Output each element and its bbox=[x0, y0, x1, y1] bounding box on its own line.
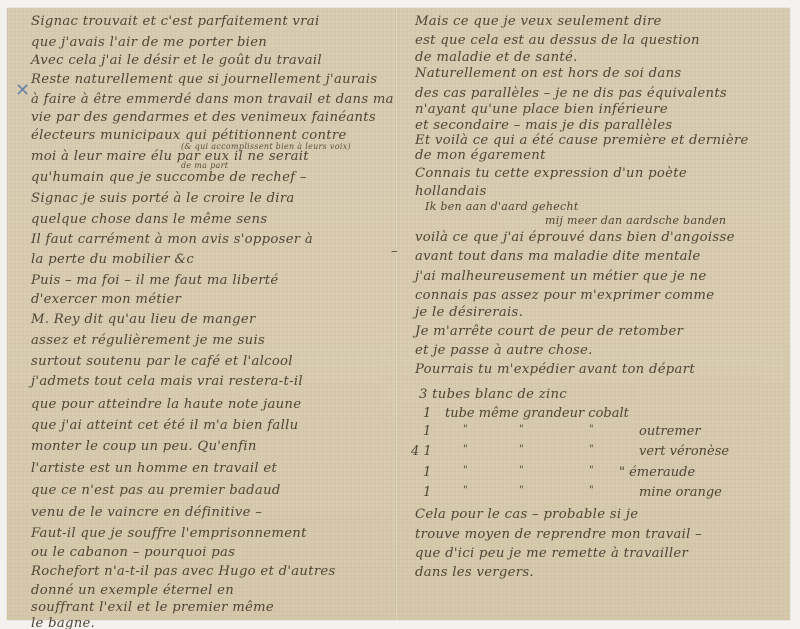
handwritten-line: je le désirerais. bbox=[415, 305, 523, 320]
handwritten-line: Signac trouvait et c'est parfaitement vr… bbox=[31, 14, 319, 29]
ditto-mark: " bbox=[463, 485, 468, 496]
paint-order-row: 4 1"""vert véronèse bbox=[419, 444, 779, 462]
handwritten-line: Naturellement on est hors de soi dans bbox=[415, 66, 681, 81]
ditto-mark: " bbox=[463, 465, 468, 476]
handwritten-line: j'admets tout cela mais vrai restera-t-i… bbox=[31, 374, 303, 389]
handwritten-line: la perte du mobilier &c bbox=[31, 252, 194, 267]
quantity: 1 bbox=[423, 465, 431, 480]
right-page: – 3 tubes blanc de zinc1tube même grande… bbox=[397, 8, 790, 620]
handwritten-line: Rochefort n'a-t-il pas avec Hugo et d'au… bbox=[31, 564, 336, 579]
handwritten-line: des cas parallèles – je ne dis pas équiv… bbox=[415, 86, 727, 101]
handwritten-line: quelque chose dans le même sens bbox=[31, 212, 267, 227]
handwritten-line: Faut-il que je souffre l'emprisonnement bbox=[31, 526, 307, 541]
ditto-mark: " bbox=[589, 424, 594, 435]
handwritten-line: l'artiste est un homme en travail et bbox=[31, 461, 277, 476]
paint-order-row: 1"""" émeraude bbox=[419, 465, 779, 483]
handwritten-line: ou le cabanon – pourquoi pas bbox=[31, 545, 235, 560]
handwritten-line: n'ayant qu'une place bien inférieure bbox=[415, 102, 668, 117]
paint-color: " émeraude bbox=[619, 465, 695, 480]
paint-order-row: 1"""outremer bbox=[419, 424, 779, 442]
handwritten-line: Et voilà ce qui a été cause première et … bbox=[415, 133, 749, 148]
handwritten-line: voilà ce que j'ai éprouvé dans bien d'an… bbox=[415, 230, 735, 245]
handwritten-line: dans les vergers. bbox=[415, 565, 534, 580]
handwritten-line: que d'ici peu je me remette à travailler bbox=[415, 546, 688, 561]
handwritten-line: qu'humain que je succombe de rechef – bbox=[31, 170, 307, 185]
handwritten-line: Ik ben aan d'aard gehecht bbox=[425, 200, 579, 213]
quantity: 1 bbox=[423, 424, 431, 439]
handwritten-line: monter le coup un peu. Qu'enfin bbox=[31, 439, 257, 454]
handwritten-line: électeurs municipaux qui pétitionnent co… bbox=[31, 128, 347, 143]
handwritten-line: que j'avais l'air de me porter bien bbox=[31, 35, 267, 50]
handwritten-line: Cela pour le cas – probable si je bbox=[415, 507, 638, 522]
ditto-mark: " bbox=[463, 424, 468, 435]
handwritten-line: le bagne. bbox=[31, 616, 95, 629]
left-page: ✕ Signac trouvait et c'est parfaitement … bbox=[7, 8, 395, 620]
handwritten-line: hollandais bbox=[415, 184, 487, 199]
handwritten-line: Il faut carrément à mon avis s'opposer à bbox=[31, 232, 313, 247]
handwritten-line: M. Rey dit qu'au lieu de manger bbox=[31, 312, 256, 327]
handwritten-line: avant tout dans ma maladie dite mentale bbox=[415, 249, 700, 264]
letter-sheet: ✕ Signac trouvait et c'est parfaitement … bbox=[7, 8, 790, 620]
handwritten-line: Avec cela j'ai le désir et le goût du tr… bbox=[31, 53, 322, 68]
handwritten-line: Pourrais tu m'expédier avant ton départ bbox=[415, 362, 695, 377]
handwritten-line: assez et régulièrement je me suis bbox=[31, 333, 265, 348]
handwritten-line: que j'ai atteint cet été il m'a bien fal… bbox=[31, 418, 298, 433]
ditto-mark: " bbox=[519, 424, 524, 435]
ditto-mark: " bbox=[463, 444, 468, 455]
handwritten-line: de mon égarement bbox=[415, 148, 546, 163]
handwritten-line: trouve moyen de reprendre mon travail – bbox=[415, 527, 702, 542]
ditto-mark: " bbox=[589, 485, 594, 496]
handwritten-line: Puis – ma foi – il me faut ma liberté bbox=[31, 273, 279, 288]
handwritten-line: venu de le vaincre en définitive – bbox=[31, 505, 262, 520]
handwritten-line: Mais ce que je veux seulement dire bbox=[415, 14, 662, 29]
handwritten-line: et je passe à autre chose. bbox=[415, 343, 593, 358]
quantity: 4 1 bbox=[411, 444, 432, 459]
handwritten-line: surtout soutenu par le café et l'alcool bbox=[31, 354, 293, 369]
margin-dash-mark: – bbox=[391, 244, 398, 259]
paint-color: vert véronèse bbox=[639, 444, 729, 459]
handwritten-line: et secondaire – mais je dis parallèles bbox=[415, 118, 672, 133]
ditto-mark: " bbox=[589, 444, 594, 455]
handwritten-line: Connais tu cette expression d'un poète bbox=[415, 166, 687, 181]
handwritten-line: de maladie et de santé. bbox=[415, 50, 578, 65]
paint-order-row: 1tube même grandeur cobalt bbox=[419, 406, 779, 424]
ditto-mark: " bbox=[589, 465, 594, 476]
ditto-mark: " bbox=[519, 485, 524, 496]
blue-cross-mark-icon: ✕ bbox=[15, 80, 30, 101]
handwritten-line: vie par des gendarmes et des venimeux fa… bbox=[31, 110, 376, 125]
handwritten-line: est que cela est au dessus de la questio… bbox=[415, 33, 700, 48]
handwritten-line: Signac je suis porté à le croire le dira bbox=[31, 191, 295, 206]
ditto-mark: " bbox=[519, 444, 524, 455]
handwritten-line: que ce n'est pas au premier badaud bbox=[31, 483, 281, 498]
paint-color: outremer bbox=[639, 424, 701, 439]
handwritten-line: moi à leur maire élu par eux il ne serai… bbox=[31, 149, 309, 164]
handwritten-line: j'ai malheureusement un métier que je ne bbox=[415, 269, 706, 284]
paint-color: mine orange bbox=[639, 485, 722, 500]
handwritten-line: donné un exemple éternel en bbox=[31, 583, 234, 598]
description: tube même grandeur cobalt bbox=[445, 406, 629, 421]
ditto-mark: " bbox=[519, 465, 524, 476]
quantity: 1 bbox=[423, 485, 431, 500]
quantity: 1 bbox=[423, 406, 431, 421]
handwritten-line: connais pas assez pour m'exprimer comme bbox=[415, 288, 714, 303]
handwritten-line: Je m'arrête court de peur de retomber bbox=[415, 324, 683, 339]
paint-order-row: 1"""mine orange bbox=[419, 485, 779, 503]
handwritten-line: mij meer dan aardsche banden bbox=[545, 214, 726, 227]
handwritten-line: d'exercer mon métier bbox=[31, 292, 181, 307]
paint-order-header: 3 tubes blanc de zinc bbox=[419, 387, 567, 402]
interlinear-note: de ma part bbox=[181, 161, 228, 170]
handwritten-line: à faire à être emmerdé dans mon travail … bbox=[31, 92, 394, 107]
handwritten-line: souffrant l'exil et le premier même bbox=[31, 600, 274, 615]
handwritten-line: Reste naturellement que si journellement… bbox=[31, 72, 377, 87]
handwritten-line: que pour atteindre la haute note jaune bbox=[31, 397, 301, 412]
